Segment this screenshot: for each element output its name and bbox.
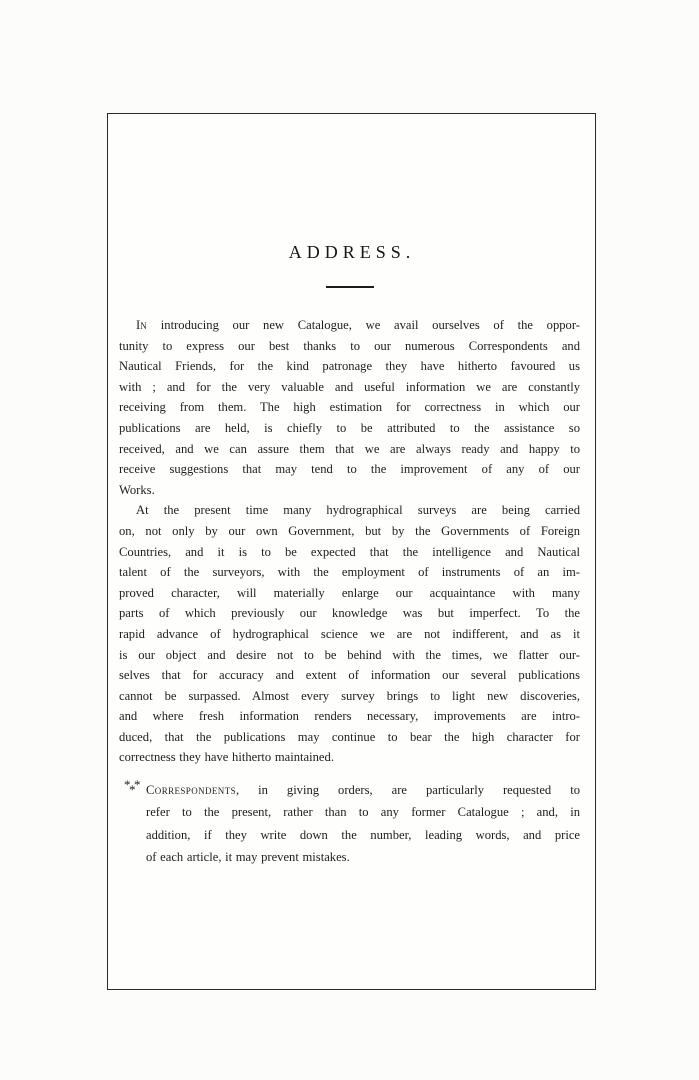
text-line: addition, if they write down the number,… — [146, 824, 580, 846]
asterism-mark: *** — [124, 778, 141, 792]
text-line: tunity to express our best thanks to our… — [119, 336, 580, 357]
text-line: correctness they have hitherto maintaine… — [119, 747, 580, 768]
text-line: receiving from them. The high estimation… — [119, 397, 580, 418]
page-sheet: ADDRESS. In introducing our new Catalogu… — [107, 113, 596, 990]
text-line: At the present time many hydrographical … — [119, 500, 580, 521]
text-line: duced, that the publications may continu… — [119, 727, 580, 748]
text-line: Countries, and it is to be expected that… — [119, 542, 580, 563]
asterisk: * — [129, 782, 136, 797]
correspondents-note: *** Correspondents, in giving orders, ar… — [119, 779, 580, 869]
scanned-book-page: ADDRESS. In introducing our new Catalogu… — [0, 0, 699, 1080]
text-line: is our object and desire not to be behin… — [119, 645, 580, 666]
address-body: In introducing our new Catalogue, we ava… — [119, 315, 580, 869]
text-line: rapid advance of hydrographical science … — [119, 624, 580, 645]
line-text: , in giving orders, are particularly req… — [236, 783, 580, 797]
text-line: received, and we can assure them that we… — [119, 439, 580, 460]
text-line: In introducing our new Catalogue, we ava… — [119, 315, 580, 336]
text-line: of each article, it may prevent mistakes… — [146, 846, 580, 868]
text-line: Nautical Friends, for the kind patronage… — [119, 356, 580, 377]
text-line: publications are held, is chiefly to be … — [119, 418, 580, 439]
text-line: cannot be surpassed. Almost every survey… — [119, 686, 580, 707]
text-line: parts of which previously our knowledge … — [119, 603, 580, 624]
text-line: with ; and for the very valuable and use… — [119, 377, 580, 398]
text-line: refer to the present, rather than to any… — [146, 801, 580, 823]
text-line: and where fresh information renders nece… — [119, 706, 580, 727]
text-line: selves that for accuracy and extent of i… — [119, 665, 580, 686]
line-text: introducing our new Catalogue, we avail … — [147, 318, 580, 332]
text-line: Correspondents, in giving orders, are pa… — [146, 779, 580, 801]
text-line: Works. — [119, 480, 580, 501]
text-line: proved character, will materially enlarg… — [119, 583, 580, 604]
paragraph-1: In introducing our new Catalogue, we ava… — [119, 315, 580, 500]
text-line: talent of the surveyors, with the employ… — [119, 562, 580, 583]
text-line: receive suggestions that may tend to the… — [119, 459, 580, 480]
title-divider-rule — [326, 286, 374, 288]
note-lead-small-caps: Correspondents — [146, 783, 236, 797]
paragraph-2: At the present time many hydrographical … — [119, 500, 580, 768]
text-line: on, not only by our own Government, but … — [119, 521, 580, 542]
page-title: ADDRESS. — [119, 242, 580, 263]
